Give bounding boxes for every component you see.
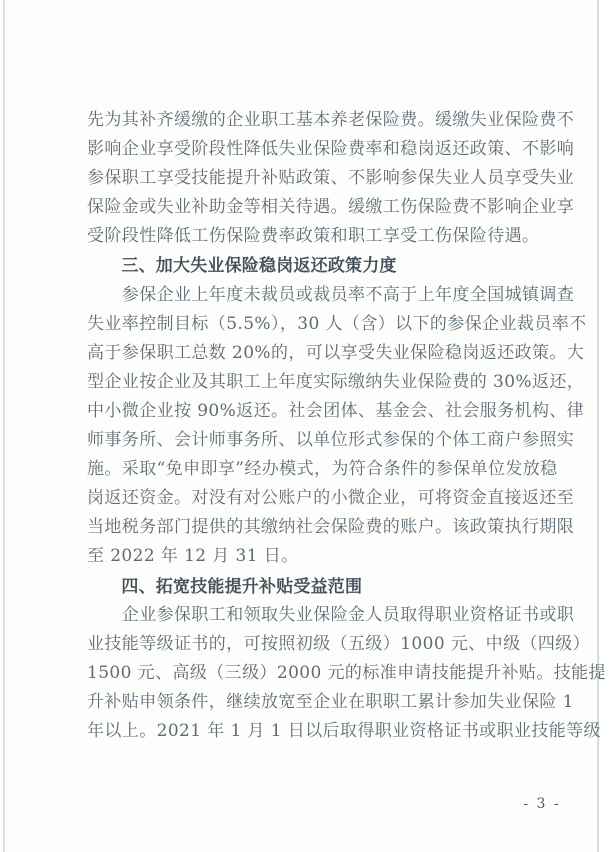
text-line: 师事务所、会计师事务所、以单位形式参保的个体工商户参照实 xyxy=(87,426,579,455)
text-line: 施。采取“免申即享”经办模式，为符合条件的参保单位发放稳 xyxy=(87,455,579,484)
text-line: 影响企业享受阶段性降低失业保险费率和稳岗返还政策、不影响 xyxy=(87,135,579,164)
page-left-edge xyxy=(3,0,5,852)
text-line: 业技能等级证书的，可按照初级（五级）1000 元、中级（四级） xyxy=(87,630,579,659)
section-heading: 四、拓宽技能提升补贴受益范围 xyxy=(87,572,579,601)
text-line: 高于参保职工总数 20%的，可以享受失业保险稳岗返还政策。大 xyxy=(87,339,579,368)
text-line: 先为其补齐缓缴的企业职工基本养老保险费。缓缴失业保险费不 xyxy=(87,106,579,135)
page-number: - 3 - xyxy=(505,796,579,812)
document-page: 先为其补齐缓缴的企业职工基本养老保险费。缓缴失业保险费不影响企业享受阶段性降低失… xyxy=(0,0,611,852)
text-line: 参保职工享受技能提升补贴政策、不影响参保失业人员享受失业 xyxy=(87,164,579,193)
text-line: 型企业按企业及其职工上年度实际缴纳失业保险费的 30%返还， xyxy=(87,368,579,397)
text-line: 参保企业上年度未裁员或裁员率不高于上年度全国城镇调查 xyxy=(87,281,579,310)
text-line: 当地税务部门提供的其缴纳社会保险费的账户。该政策执行期限 xyxy=(87,513,579,542)
text-line: 失业率控制目标（5.5%），30 人（含）以下的参保企业裁员率不 xyxy=(87,310,579,339)
text-line: 年以上。2021 年 1 月 1 日以后取得职业资格证书或职业技能等级 xyxy=(87,717,579,746)
document-body: 先为其补齐缓缴的企业职工基本养老保险费。缓缴失业保险费不影响企业享受阶段性降低失… xyxy=(87,106,579,746)
section-heading: 三、加大失业保险稳岗返还政策力度 xyxy=(87,251,579,280)
text-line: 企业参保职工和领取失业保险金人员取得职业资格证书或职 xyxy=(87,601,579,630)
text-line: 1500 元、高级（三级）2000 元的标准申请技能提升补贴。技能提 xyxy=(87,659,579,688)
text-line: 保险金或失业补助金等相关待遇。缓缴工伤保险费不影响企业享 xyxy=(87,193,579,222)
text-line: 升补贴申领条件，继续放宽至企业在职职工累计参加失业保险 1 xyxy=(87,688,579,717)
text-line: 岗返还资金。对没有对公账户的小微企业，可将资金直接返还至 xyxy=(87,484,579,513)
text-line: 受阶段性降低工伤保险费率政策和职工享受工伤保险待遇。 xyxy=(87,222,579,251)
text-line: 中小微企业按 90%返还。社会团体、基金会、社会服务机构、律 xyxy=(87,397,579,426)
text-line: 至 2022 年 12 月 31 日。 xyxy=(87,542,579,571)
